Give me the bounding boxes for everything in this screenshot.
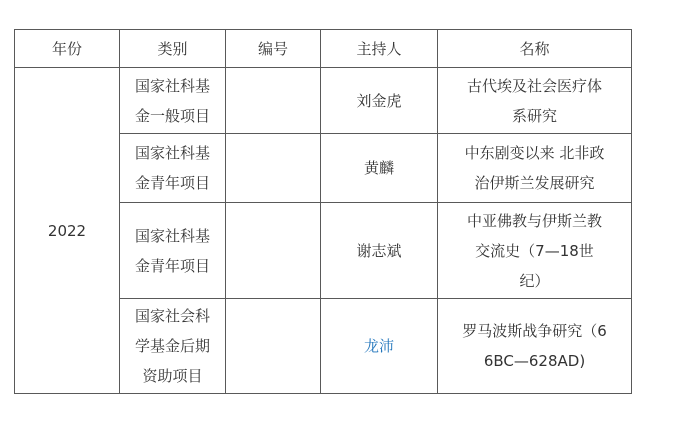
category-cell: 国家社科基 金青年项目: [120, 203, 226, 299]
category-cell: 国家社科基 金一般项目: [120, 68, 226, 134]
title-cell: 中东剧变以来 北非政 治伊斯兰发展研究: [438, 134, 632, 203]
number-cell: [226, 134, 321, 203]
number-cell: [226, 203, 321, 299]
category-cell: 国家社会科 学基金后期 资助项目: [120, 299, 226, 394]
year-cell: 2022: [15, 68, 120, 394]
table-row: 2022 国家社科基 金一般项目 刘金虎 古代埃及社会医疗体 系研究: [15, 68, 632, 134]
category-cell: 国家社科基 金青年项目: [120, 134, 226, 203]
title-cell: 古代埃及社会医疗体 系研究: [438, 68, 632, 134]
col-header-title: 名称: [438, 30, 632, 68]
title-cell: 中亚佛教与伊斯兰教 交流史（7—18世 纪）: [438, 203, 632, 299]
number-cell: [226, 68, 321, 134]
col-header-host: 主持人: [321, 30, 438, 68]
host-cell: 龙沛: [321, 299, 438, 394]
grants-table: 年份 类别 编号 主持人 名称 2022 国家社科基 金一般项目 刘金虎 古代埃…: [14, 29, 632, 394]
host-cell: 谢志斌: [321, 203, 438, 299]
host-link[interactable]: 龙沛: [364, 337, 394, 355]
title-cell: 罗马波斯战争研究（6 6BC—628AD): [438, 299, 632, 394]
col-header-number: 编号: [226, 30, 321, 68]
host-cell: 刘金虎: [321, 68, 438, 134]
number-cell: [226, 299, 321, 394]
col-header-category: 类别: [120, 30, 226, 68]
header-row: 年份 类别 编号 主持人 名称: [15, 30, 632, 68]
col-header-year: 年份: [15, 30, 120, 68]
host-cell: 黄麟: [321, 134, 438, 203]
page: 年份 类别 编号 主持人 名称 2022 国家社科基 金一般项目 刘金虎 古代埃…: [0, 0, 686, 444]
